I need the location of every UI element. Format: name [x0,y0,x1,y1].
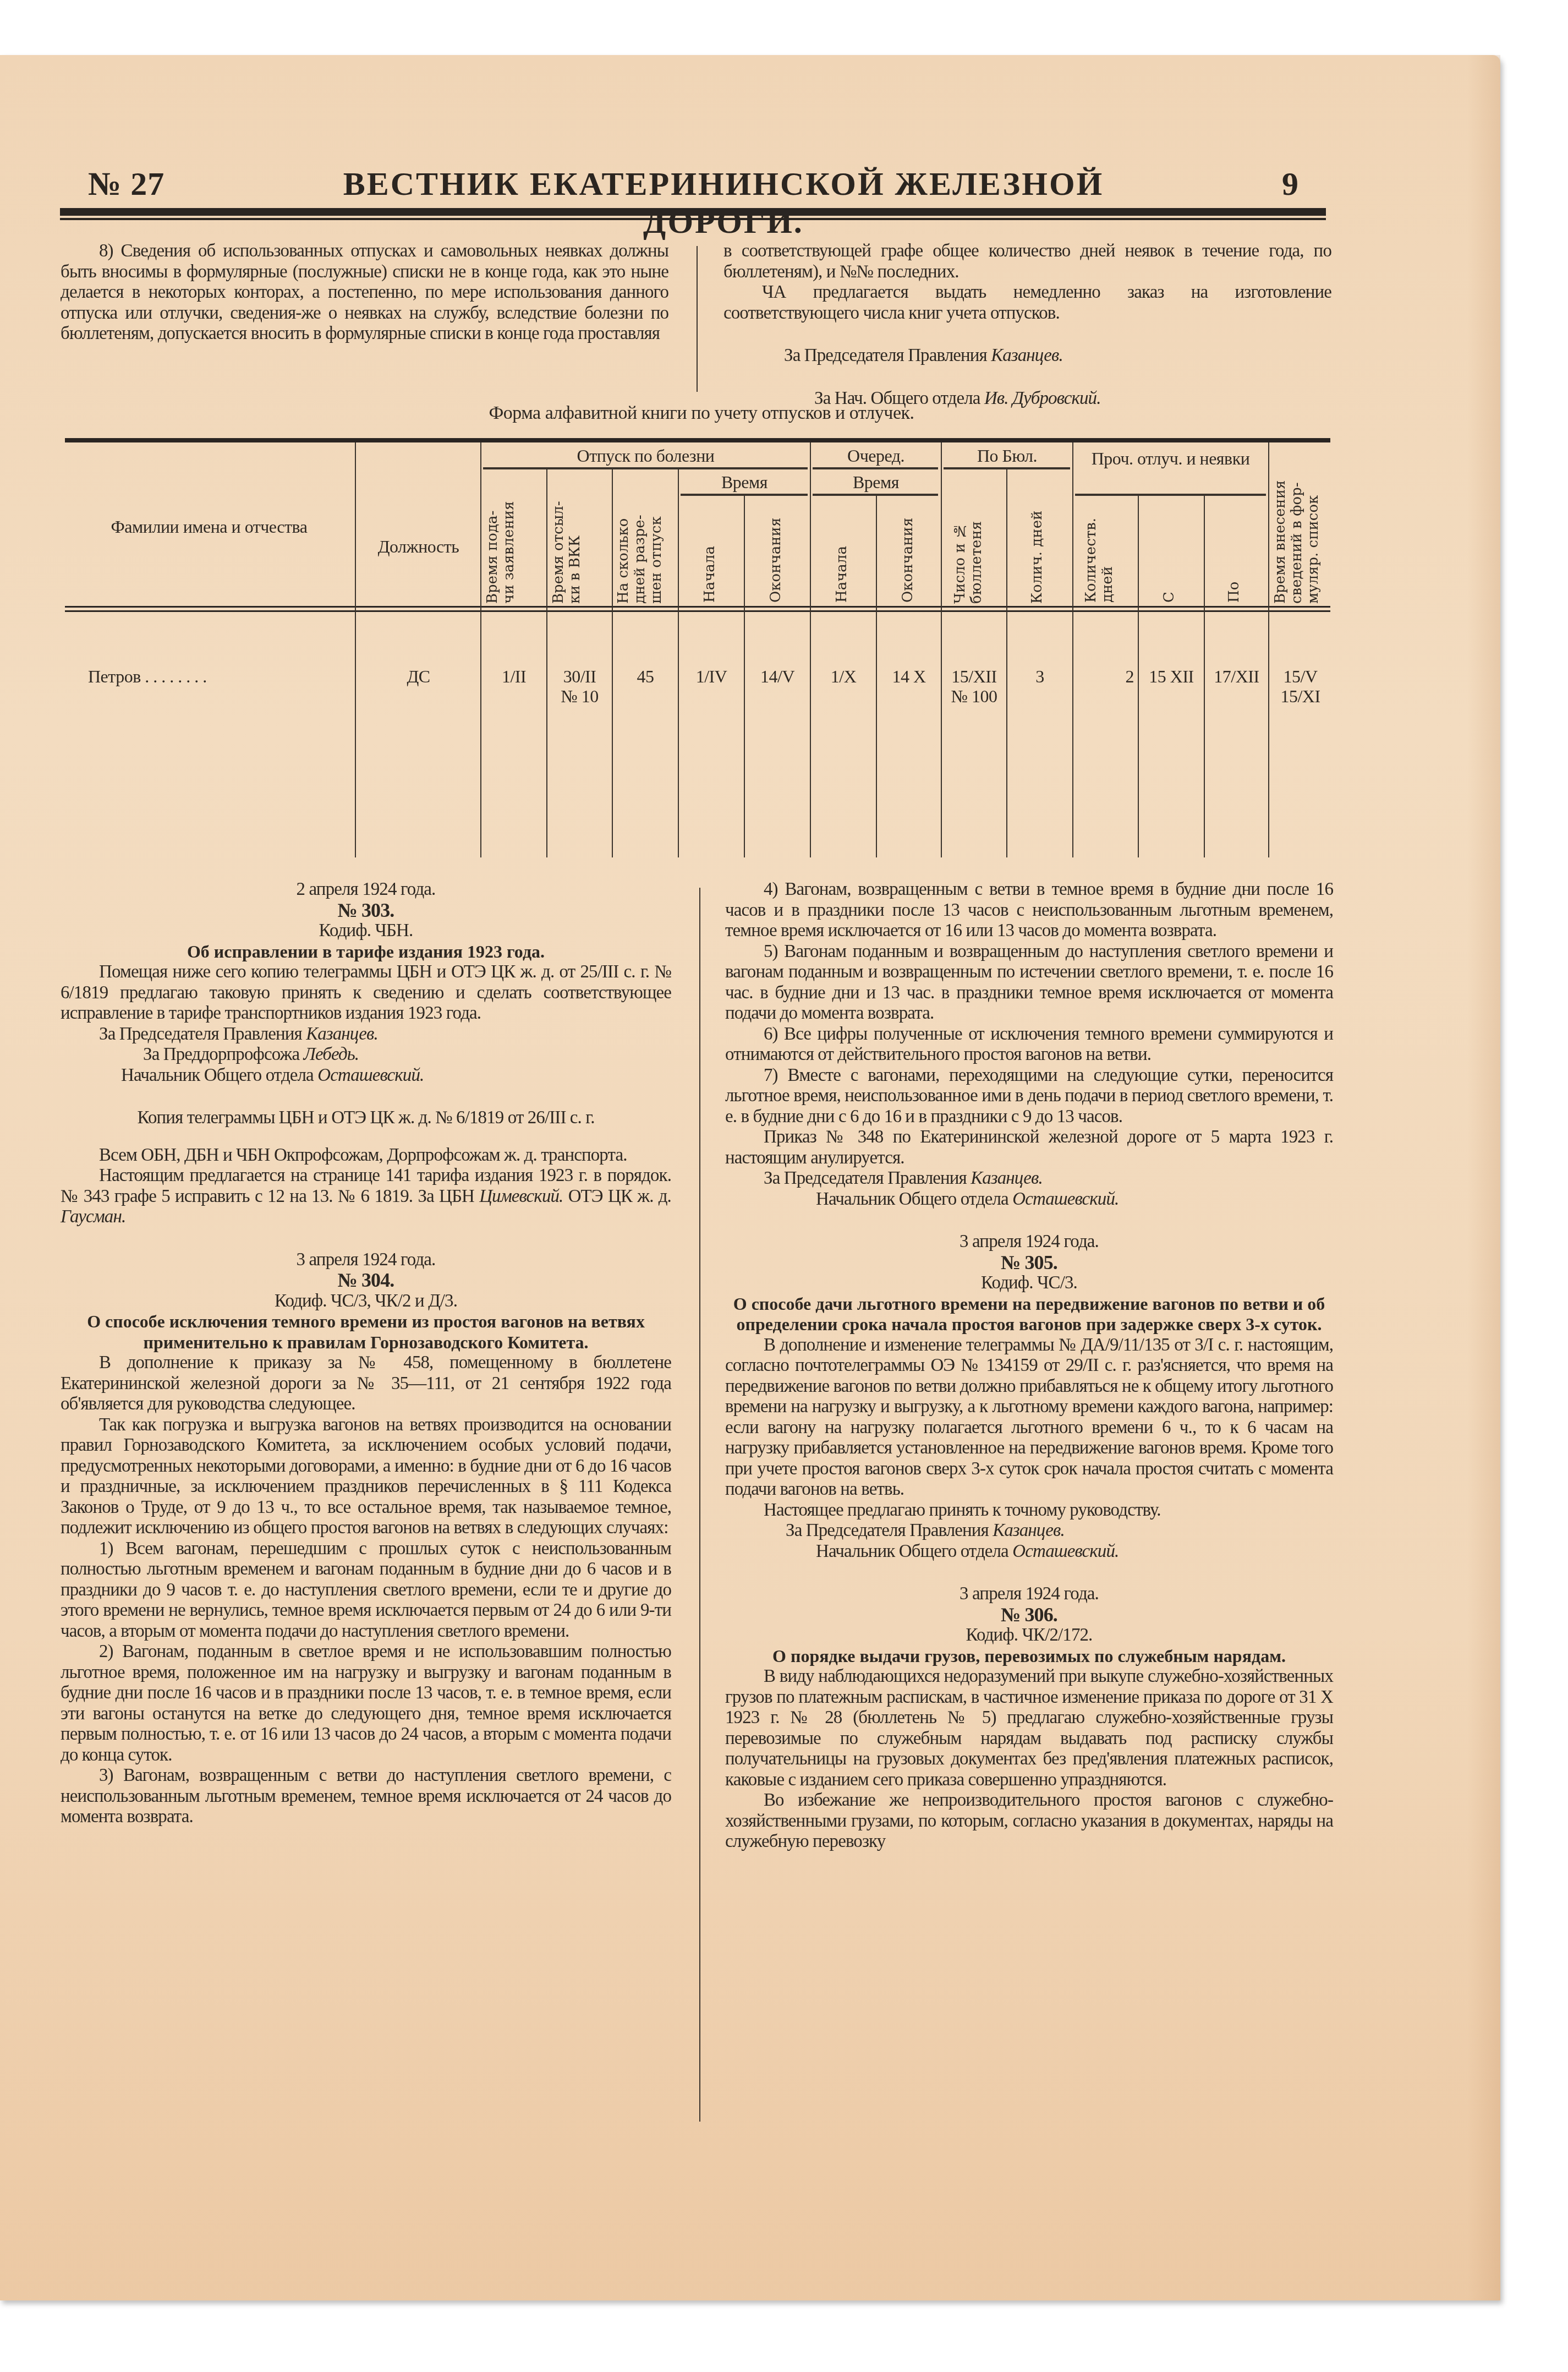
header-other-from: С [1161,501,1183,603]
order-306: 3 апреля 1924 года. № 306. Кодиф. ЧК/2/1… [725,1584,1333,1852]
group-line-sick-time [681,494,808,496]
order-title: О способе дачи льготного времени на пере… [725,1294,1333,1335]
order-date: 3 апреля 1924 года. [725,1232,1333,1253]
order-paragraph: В дополнение и изменение телеграммы № ДА… [725,1335,1333,1500]
order-paragraph: 2) Вагонам, поданным в светлое время и н… [61,1642,671,1766]
table-col-line [355,442,356,857]
order-number: № 304. [61,1270,671,1291]
cell-other-to: 17/XII [1205,667,1268,686]
header-bulletin: По Бюл. [942,446,1072,466]
order-303: 2 апреля 1924 года. № 303. Кодиф. ЧБН. О… [61,879,671,1228]
header-name: Фамилии имена и отчества [88,506,330,547]
order-304-continued: 4) Вагонам, возвращенным с ветви в темно… [725,879,1333,1210]
signature: Начальник Общего отдела Осташевский. [725,1542,1333,1562]
signature: Начальник Общего отдела Осташевский. [725,1189,1333,1210]
order-paragraph: Во избежание же непроизводительного прос… [725,1790,1333,1852]
order-paragraph: 1) Всем вагонам, перешедшим с прошлых су… [61,1539,671,1642]
header-sick-leave: Отпуск по болезни [481,446,810,466]
header-bulletin-number: Число и № бюллетеня [952,474,996,604]
header-rule-thick [60,208,1326,216]
order-title: Об исправлении в тарифе издания 1923 год… [61,942,671,963]
order-title: О способе исключения темного времени из … [61,1311,671,1353]
order-title: О порядке выдачи грузов, перевозимых по … [725,1646,1333,1667]
order-paragraph: В виду наблюдающихся недоразумений при в… [725,1666,1333,1790]
signature: За Преддорпрофсожа Лебедь. [61,1045,671,1065]
group-line-regular-time [813,494,938,496]
cell-vkk: 30/II [547,667,612,686]
signature-chairman: За Председателя Правления Казанцев. [723,346,1331,367]
group-line-bulletin [944,467,1070,469]
group-line-other [1075,494,1266,496]
telegram-heading: Копия телеграммы ЦБН и ОТЭ ЦК ж. д. № 6/… [61,1108,671,1129]
column-divider-main [699,888,700,2122]
order-paragraph: Так как погрузка и выгрузка вагонов на в… [61,1415,671,1539]
cell-sick-end: 14/V [745,667,810,686]
cell-other-days: 2 [1073,667,1134,686]
table-col-line [612,469,613,857]
signature: Начальник Общего отдела Осташевский. [61,1065,671,1086]
right-column: 4) Вагонам, возвращенным с ветви в темно… [725,879,1333,1852]
header-rule-thin [60,218,1326,220]
cell-vkk-number: № 10 [547,687,612,706]
header-vkk-time: Время отсыл- ки в ВКК [550,474,608,604]
table-col-line [1006,469,1007,857]
header-entry-time: Время внесения сведений в фор- муляр. сп… [1272,447,1329,604]
cell-days-allowed: 45 [613,667,678,686]
cell-entry-time-2: 15/XI [1269,687,1331,706]
order-number: № 303. [61,900,671,921]
order-date: 3 апреля 1924 года. [61,1250,671,1271]
order-paragraph: 5) Вагонам поданным и возвращенным до на… [725,942,1333,1024]
order-305: 3 апреля 1924 года. № 305. Кодиф. ЧС/3. … [725,1232,1333,1562]
table-col-line [810,442,811,857]
cell-application: 1/II [481,667,546,686]
order-304: 3 апреля 1924 года. № 304. Кодиф. ЧС/3, … [61,1250,671,1828]
order-paragraph: В дополнение к приказу за № 458, помещен… [61,1353,671,1415]
signature: За Председателя Правления Казанцев. [61,1024,671,1045]
header-regular-time: Время [811,472,941,492]
cell-bulletin-number: № 100 [942,687,1006,706]
order-codif: Кодиф. ЧС/3, ЧК/2 и Д/3. [61,1291,671,1312]
group-line-sick [483,467,808,469]
order-paragraph: 6) Все цифры полученные от исключения те… [725,1024,1333,1065]
cell-entry-time-1: 15/V [1269,667,1331,686]
cell-regular-end: 14 X [877,667,941,686]
order-codif: Кодиф. ЧК/2/172. [725,1625,1333,1646]
order-paragraph: 4) Вагонам, возвращенным с ветви в темно… [725,879,1333,942]
cell-name: Петров . . . . . . . . [88,667,347,686]
table-col-line [480,442,481,857]
header-regular-start: Начала [834,501,856,603]
order-number: № 305. [725,1253,1333,1274]
header-bulletin-days: Колич. дней [1029,474,1051,604]
group-line-regular [813,467,938,469]
table-header-rule-1 [65,606,1330,608]
header-other: Проч. отлуч. и неявки [1076,447,1265,470]
order-body: Помещая ниже сего копию телеграммы ЦБН и… [61,962,671,1024]
cell-other-from: 15 XII [1139,667,1204,686]
table-col-line [546,469,547,857]
order-paragraph: 3) Вагонам, возвращенным с ветви до наст… [61,1766,671,1828]
cell-sick-start: 1/IV [679,667,744,686]
paragraph-continuation: в соответствующей графе общее количество… [723,241,1331,282]
header-sick-end: Окончания [767,501,790,603]
header-position: Должность [357,537,480,556]
order-paragraph: 7) Вместе с вагонами, переходящими на сл… [725,1065,1333,1128]
issue-number: № 27 [88,165,165,203]
cell-regular-start: 1/X [811,667,876,686]
table-header-rule-2 [65,610,1330,612]
table-col-line [678,469,679,857]
order-paragraph: Настоящее предлагаю принять к точному ру… [725,1500,1333,1521]
publication-title: ВЕСТНИК ЕКАТЕРИНИНСКОЙ ЖЕЛЕЗНОЙ ДОРОГИ. [286,165,1161,241]
page-number: 9 [1282,165,1299,203]
header-sick-time: Время [679,472,810,492]
header-regular: Очеред. [811,446,941,466]
signature: За Председателя Правления Казанцев. [725,1521,1333,1542]
paragraph-ca-order: ЧА предлагается выдать немедленно заказ … [723,282,1331,324]
header-sick-start: Начала [701,501,723,603]
signature: За Председателя Правления Казанцев. [725,1168,1333,1189]
table-top-rule [65,438,1330,442]
order-paragraph: Приказ № 348 по Екатерининской железной … [725,1127,1333,1168]
table-col-line [1268,442,1269,857]
table-caption: Форма алфавитной книги по учету отпусков… [330,403,1073,424]
telegram-recipients: Всем ОБН, ДБН и ЧБН Окпрофсожам, Дорпроф… [61,1145,671,1166]
signature-name: Казанцев. [991,346,1063,365]
header-other-days: Количеств. дней [1083,501,1127,603]
header-other-to: По [1226,501,1248,603]
paragraph-8: 8) Сведения об использованных отпусках и… [61,241,668,345]
intro-left-column: 8) Сведения об использованных отпусках и… [61,241,668,345]
telegram-body: Настоящим предлагается на странице 141 т… [61,1166,671,1228]
order-date: 2 апреля 1924 года. [61,879,671,900]
cell-bulletin: 15/XII [942,667,1006,686]
order-codif: Кодиф. ЧС/3. [725,1273,1333,1294]
column-divider-top [697,246,698,392]
intro-right-column: в соответствующей графе общее количество… [723,241,1331,409]
cell-position: ДС [357,667,480,686]
order-codif: Кодиф. ЧБН. [61,921,671,942]
header-days-allowed: На сколько дней разре- шен отпуск [615,474,676,604]
header-regular-end: Окончания [900,501,922,603]
table-col-line [941,442,942,857]
table-col-line [1072,442,1073,857]
order-date: 3 апреля 1924 года. [725,1584,1333,1605]
cell-bulletin-days: 3 [1007,667,1072,686]
order-number: № 306. [725,1605,1333,1626]
left-column: 2 апреля 1924 года. № 303. Кодиф. ЧБН. О… [61,879,671,1828]
header-application-time: Время пода- чи заявления [484,474,542,604]
